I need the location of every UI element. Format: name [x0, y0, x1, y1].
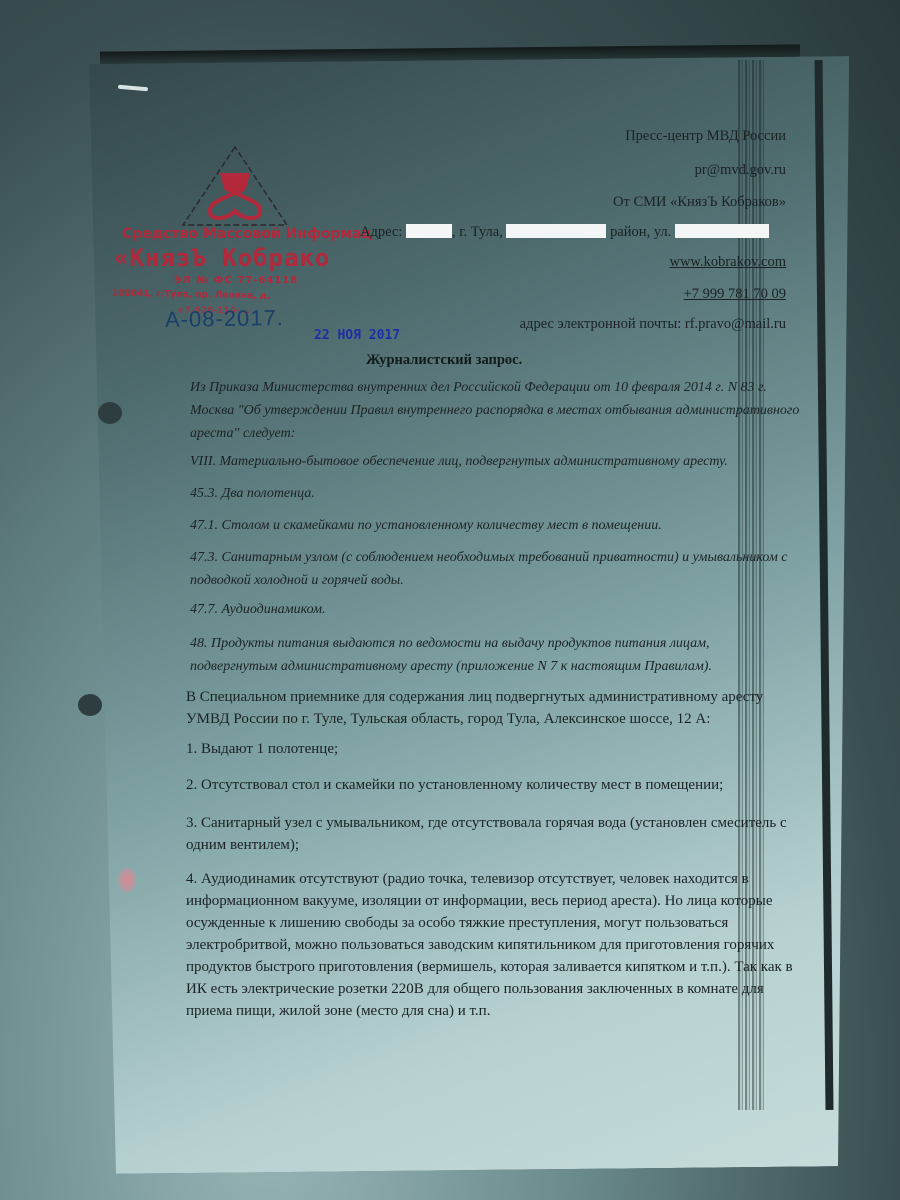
- order-item: 45.3. Два полотенца.: [190, 482, 800, 505]
- order-item: 47.7. Аудиодинамиком.: [190, 598, 800, 621]
- sender: От СМИ «КнязЪ Кобраков»: [613, 194, 786, 211]
- order-citation: Из Приказа Министерства внутренних дел Р…: [190, 376, 800, 445]
- stamp-org-type: Средство Массовой Информац: [122, 226, 372, 242]
- finding-item: 4. Аудиодинамик отсутствуют (радио точка…: [186, 868, 808, 1022]
- address-district: район, ул.: [610, 224, 671, 240]
- punch-hole: [98, 402, 122, 424]
- cobra-logo-icon: [180, 145, 290, 227]
- recipient-email: pr@mvd.gov.ru: [695, 162, 786, 179]
- contact-email: адрес электронной почты: rf.pravo@mail.r…: [520, 316, 786, 333]
- stamp-address: 100041, г.Тула, пр. Ленина, д.: [112, 289, 270, 302]
- finding-item: 2. Отсутствовал стол и скамейки по устан…: [186, 774, 796, 796]
- document-title: Журналистский запрос.: [366, 352, 522, 369]
- date-stamp: 22 НОЯ 2017: [314, 328, 400, 343]
- redaction-bar: [406, 224, 452, 238]
- punch-hole: [78, 694, 102, 716]
- redaction-bar: [506, 224, 606, 238]
- order-item: 47.3. Санитарным узлом (с соблюдением не…: [190, 546, 800, 592]
- handwritten-reference: А-08-2017.: [165, 305, 284, 333]
- order-section-heading: VIII. Материально-бытовое обеспечение ли…: [190, 450, 800, 473]
- finding-item: 1. Выдают 1 полотенце;: [186, 738, 796, 760]
- redaction-bar: [675, 224, 769, 238]
- address-label: Адрес:: [360, 224, 402, 240]
- website-link[interactable]: www.kobrakov.com: [669, 254, 786, 271]
- finding-item: 3. Санитарный узел с умывальником, где о…: [186, 812, 796, 856]
- red-ink-smudge: [118, 868, 136, 892]
- stamp-registration: ЭЛ № ФС 77-64118: [174, 275, 298, 286]
- order-item: 48. Продукты питания выдаются по ведомос…: [190, 632, 800, 678]
- address-line: Адрес: , г. Тула, район, ул.: [360, 224, 769, 241]
- address-city: , г. Тула,: [452, 224, 503, 240]
- facility-intro: В Специальном приемнике для содержания л…: [186, 686, 796, 730]
- stamp-org-name: «КнязЪ Кобрако: [114, 244, 330, 272]
- recipient: Пресс-центр МВД России: [625, 128, 786, 145]
- phone-number: +7 999 781 70 09: [684, 286, 786, 303]
- order-item: 47.1. Столом и скамейками по установленн…: [190, 514, 800, 537]
